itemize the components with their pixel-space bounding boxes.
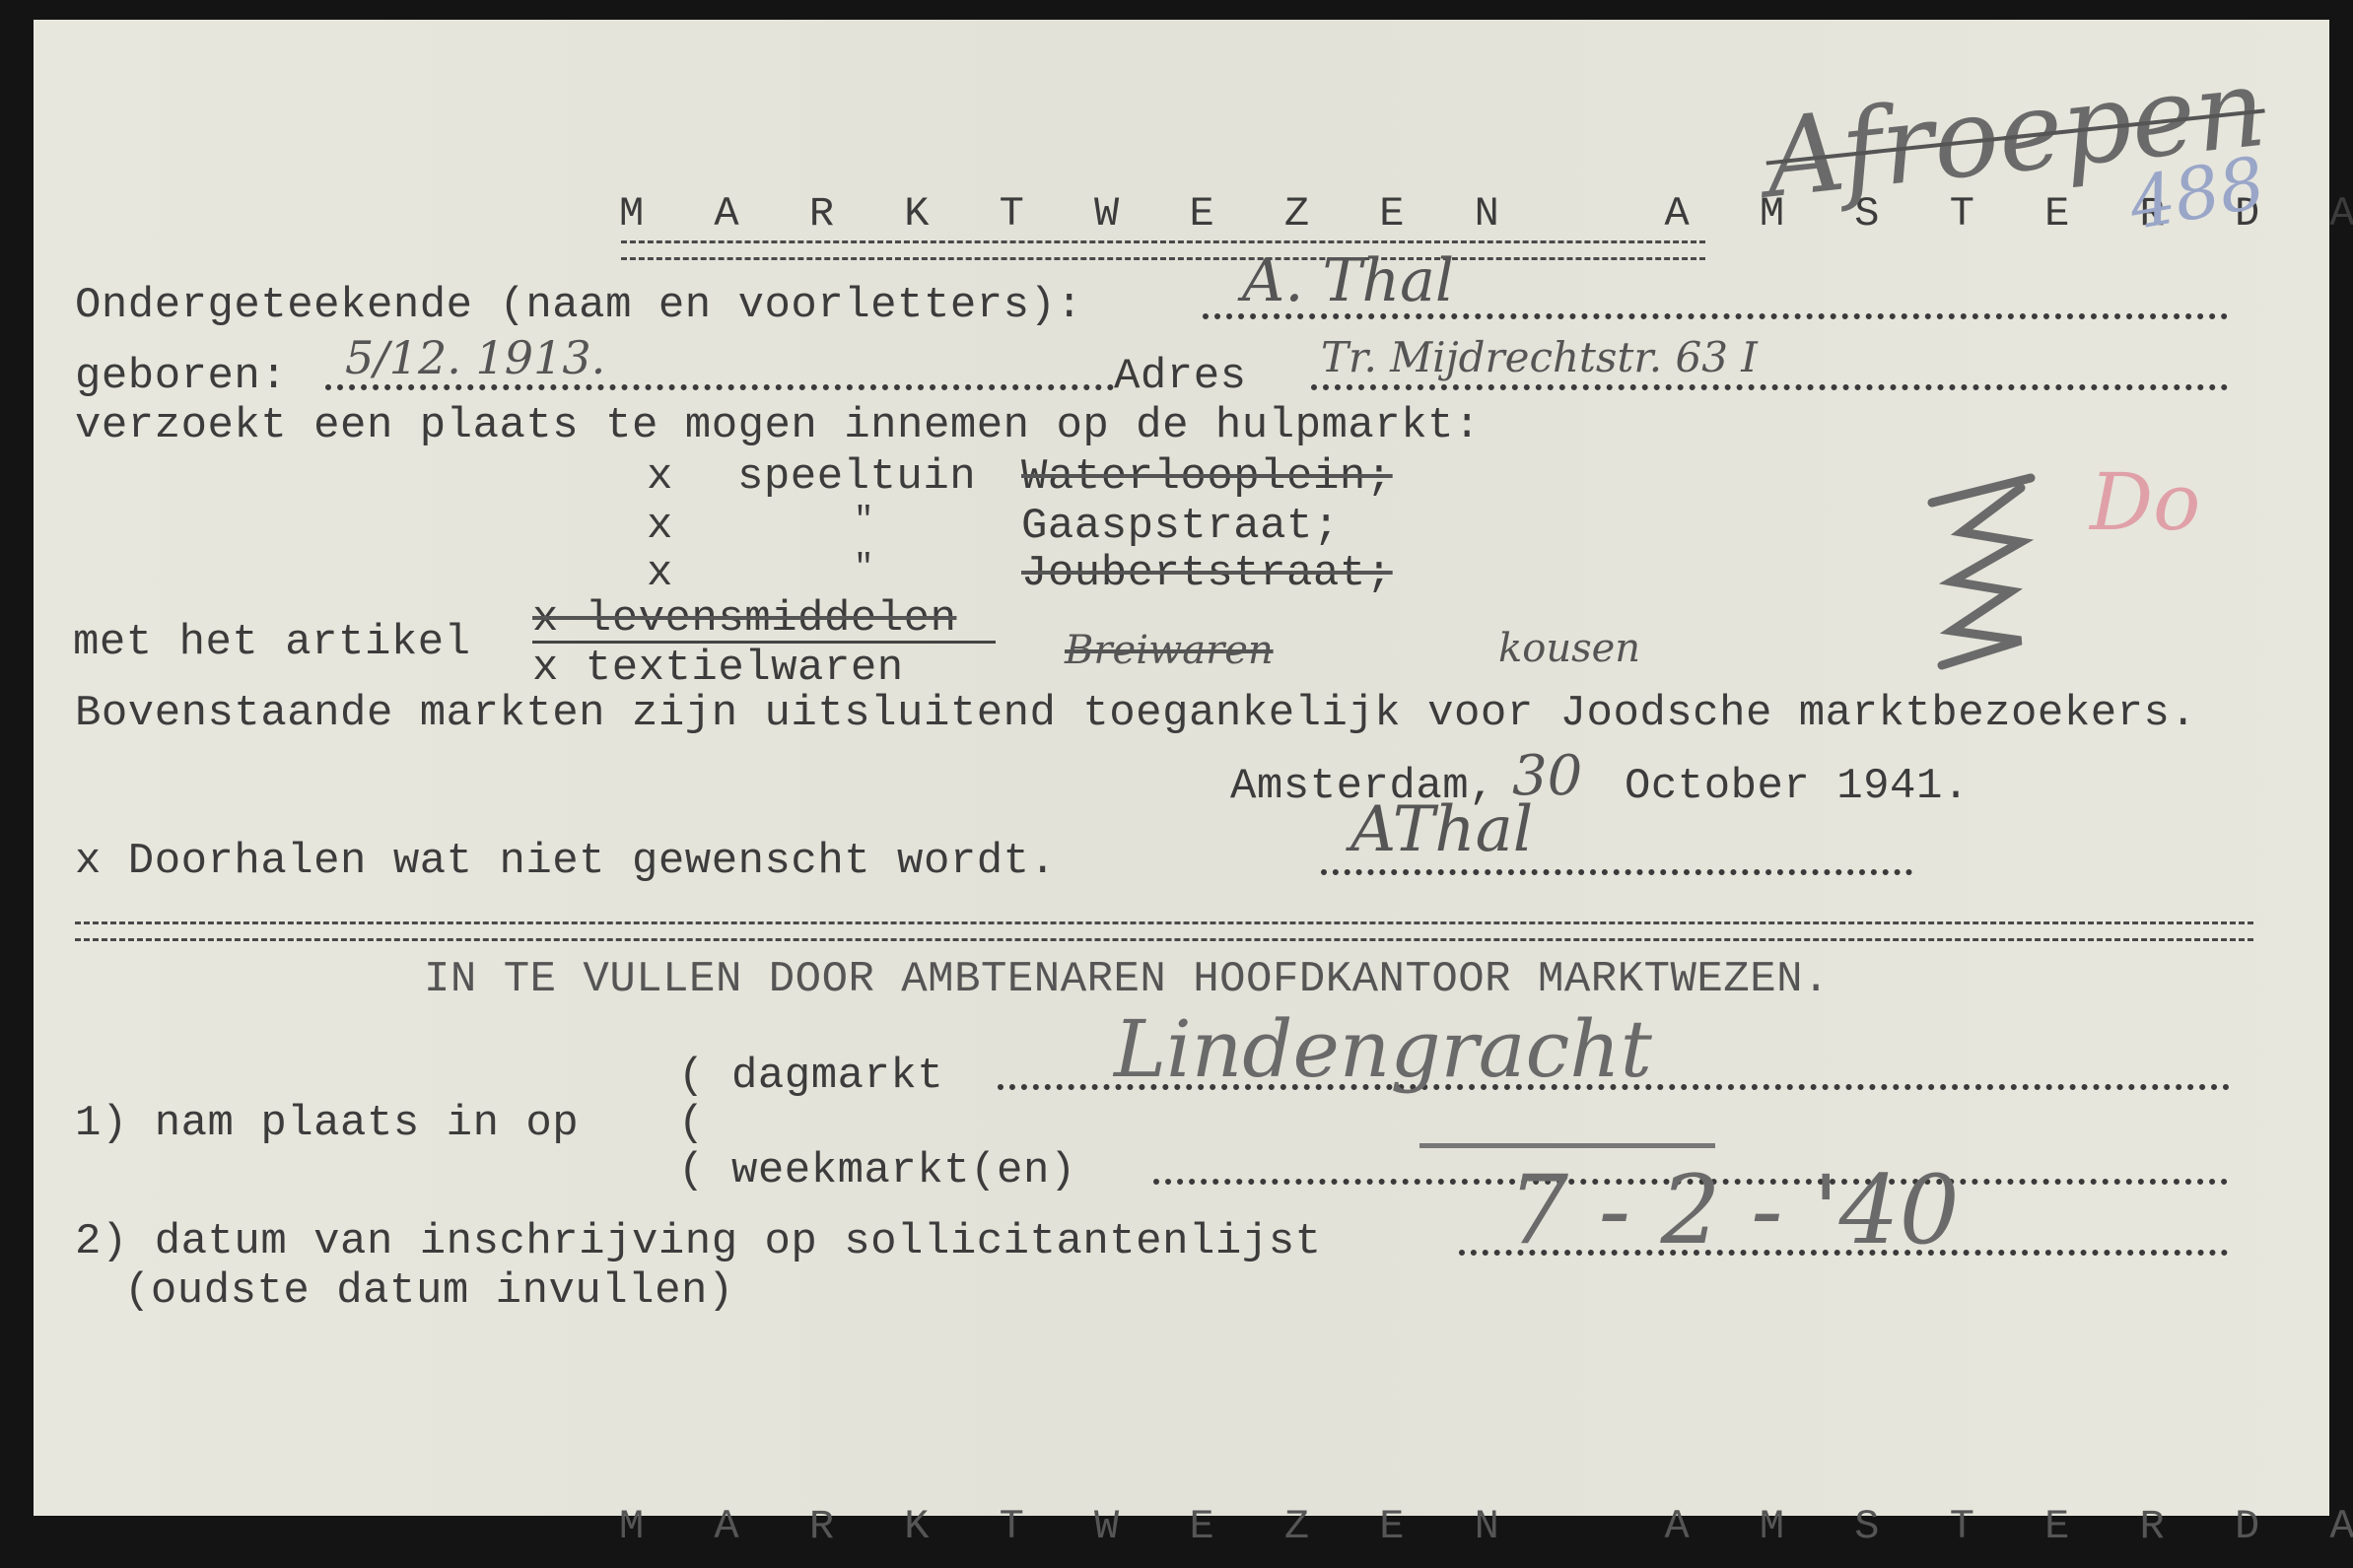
section-separator <box>75 921 2253 941</box>
item2-label: 2) datum van inschrijving op sollicitant… <box>75 1220 1322 1263</box>
form-title: M A R K T W E Z E N A M S T E R D A M. <box>619 193 2353 235</box>
article-handwritten: kousen <box>1498 629 1640 668</box>
annotation-blue-number: 488 <box>2124 147 2270 240</box>
signature-field-dots[interactable] <box>1321 869 1912 875</box>
brace-middle: ( <box>678 1102 704 1145</box>
item1-label: 1) nam plaats in op <box>75 1102 579 1145</box>
signature[interactable]: AThal <box>1350 798 1533 861</box>
market-mark-3[interactable]: x <box>647 552 673 595</box>
title-double-underline <box>621 240 1705 260</box>
market-prefix-2: " <box>854 505 874 538</box>
place-date-suffix: October 1941. <box>1625 765 1970 808</box>
article-label: met het artikel <box>73 621 471 664</box>
market-prefix-1: speeltuin <box>737 455 976 499</box>
item2-sub: (oudste datum invullen) <box>124 1269 734 1313</box>
article-handwritten-struck: Breiwaren <box>1065 631 1274 670</box>
brace-bottom: ( <box>678 1149 704 1193</box>
market-mark-1[interactable]: x <box>647 455 673 499</box>
market-joubertstraat[interactable]: Joubertstraat; <box>1021 552 1393 595</box>
weekmarkt-label: weekmarkt(en) <box>731 1149 1076 1193</box>
signatory-value[interactable]: A. Thal <box>1242 251 1454 310</box>
notice-text: Bovenstaande markten zijn uitsluitend to… <box>75 692 2196 735</box>
dagmarkt-label: dagmarkt <box>731 1055 943 1098</box>
born-field-dots[interactable] <box>325 384 1114 390</box>
market-gaaspstraat[interactable]: Gaaspstraat; <box>1021 505 1340 548</box>
article-textielwaren[interactable]: x textielwaren <box>532 647 904 690</box>
dagmarkt-value[interactable]: Lindengracht <box>1114 1010 1652 1089</box>
request-label: verzoekt een plaats te mogen innemen op … <box>75 404 1481 447</box>
footer-title: M A R K T W E Z E N A M S T E R D A M. <box>619 1506 2353 1547</box>
address-label: Adres <box>1114 355 1247 398</box>
born-value[interactable]: 5/12. 1913. <box>345 335 605 380</box>
annotation-pink-do: Do <box>2090 463 2200 542</box>
market-waterlooplein[interactable]: Waterlooplein; <box>1021 455 1393 499</box>
address-field-dots[interactable] <box>1311 384 2228 390</box>
article-levensmiddelen[interactable]: x levensmiddelen <box>532 597 956 641</box>
signatory-label: Ondergeteekende (naam en voorletters): <box>75 284 1082 327</box>
office-heading: IN TE VULLEN DOOR AMBTENAREN HOOFDKANTOO… <box>424 958 1830 1001</box>
pencil-scribble-icon <box>1922 473 2050 670</box>
market-prefix-3: " <box>854 552 874 585</box>
born-label: geboren: <box>75 355 287 398</box>
weekmarkt-value-dash <box>1419 1143 1715 1148</box>
brace-top: ( <box>678 1055 704 1098</box>
strike-instruction: x Doorhalen wat niet gewenscht wordt. <box>75 840 1056 883</box>
address-value[interactable]: Tr. Mijdrechtstr. 63 I <box>1321 337 1758 378</box>
market-mark-2[interactable]: x <box>647 505 673 548</box>
item2-value[interactable]: 7 - 2 - '40 <box>1508 1163 1960 1258</box>
